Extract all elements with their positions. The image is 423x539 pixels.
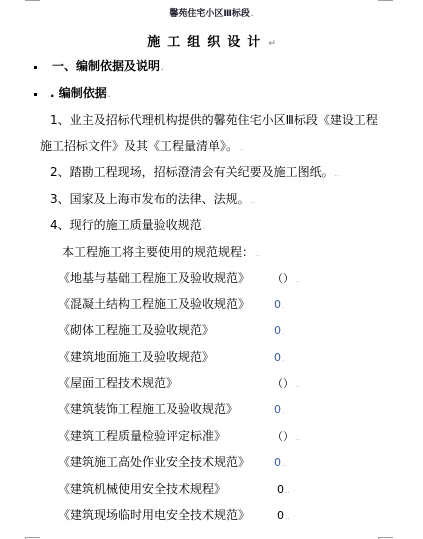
paragraph-mark-icon: .. (295, 276, 299, 284)
standard-code: （）.. (272, 273, 299, 284)
standard-code-text: （） (272, 430, 294, 443)
standards-intro-text: 本工程施工将主要使用的规范规程： (62, 245, 254, 259)
standard-name: 《建筑地面施工及验收规范》 (58, 350, 214, 364)
standard-item: 《砌体工程施工及验收规范》 (58, 324, 214, 336)
paragraph-mark-icon: .. (285, 513, 289, 521)
standard-code-text: 0 (274, 298, 281, 311)
standard-item: 《地基与基础工程施工及验收规范》 (58, 272, 250, 284)
paragraph-mark-icon: . (282, 302, 284, 310)
basis-item-2: 2、踏勘工程现场，招标澄清会有关纪要及施工图纸。.. (50, 166, 339, 178)
basis-item-number: 3、 (50, 192, 70, 206)
paragraph-mark-icon: . (282, 355, 284, 363)
paragraph-mark-icon: . (282, 328, 284, 336)
basis-item-text: 业主及招标代理机构提供的馨苑住宅小区Ⅲ标段《建设工程 (70, 113, 378, 127)
standard-code-text: 0 (274, 324, 281, 337)
standard-code-text: 0 (277, 509, 284, 522)
standard-code: （）.. (272, 431, 299, 442)
paragraph-mark-icon: .. (239, 144, 243, 152)
standard-item: 《建筑机械使用安全技术规程》 (58, 483, 226, 495)
basis-item-number: 4、 (50, 218, 70, 232)
page-corner-mark-top-left (25, 0, 40, 1)
bullet-icon (34, 66, 37, 69)
paragraph-mark-icon: .. (282, 460, 286, 468)
paragraph-mark-icon: . (203, 223, 205, 231)
basis-item-number: 2、 (50, 165, 70, 179)
paragraph-mark-icon: .. (255, 250, 259, 258)
standard-code: （）.. (272, 378, 299, 389)
standard-name: 《混凝土结构工程施工及验收规范》 (58, 297, 250, 311)
section-heading: 一、编制依据及说明. (52, 60, 164, 72)
standard-code: 0. (274, 404, 284, 415)
page-header: 馨苑住宅小区Ⅲ标段. (0, 10, 423, 19)
standard-name: 《地基与基础工程施工及验收规范》 (58, 271, 250, 285)
standard-item: 《建筑装饰工程施工及验收规范》 (58, 403, 238, 415)
standard-name: 《建筑工程质量检验评定标准》 (58, 429, 226, 443)
paragraph-mark-icon: . (108, 91, 111, 99)
standard-name: 《屋面工程技术规范》 (58, 376, 178, 390)
standard-code: 0.. (277, 510, 289, 521)
page-corner-mark-bottom-right (378, 537, 393, 538)
basis-item-text: 施工招标文件》及其《工程量清单》。 (40, 139, 238, 153)
standard-item: 《建筑地面施工及验收规范》 (58, 351, 214, 363)
paragraph-mark-icon: .. (335, 170, 339, 178)
document-title-text: 施工组织设计 (147, 35, 267, 50)
standard-code-text: 0 (274, 403, 281, 416)
basis-item-text: 国家及上海市发布的法律、法规。 (70, 192, 250, 206)
bullet-icon (34, 93, 37, 96)
standard-code-text: （） (272, 272, 294, 285)
basis-item-text: 现行的施工质量验收规范 (70, 218, 202, 232)
standard-name: 《建筑机械使用安全技术规程》 (58, 482, 226, 496)
standard-name: 《建筑施工高处作业安全技术规范》 (58, 455, 250, 469)
paragraph-mark-icon: . (161, 64, 164, 72)
basis-item-4: 4、现行的施工质量验收规范. (50, 219, 205, 231)
standard-code: 0. (274, 352, 284, 363)
standard-item: 《建筑现场临时用电安全技术规范》 (58, 509, 250, 521)
standard-item: 《建筑工程质量检验评定标准》 (58, 430, 226, 442)
standard-code: 0.. (274, 457, 286, 468)
standard-name: 《建筑装饰工程施工及验收规范》 (58, 402, 238, 416)
page-corner-mark-top-right (378, 0, 393, 1)
standard-item: 《屋面工程技术规范》 (58, 377, 178, 389)
standard-item: 《混凝土结构工程施工及验收规范》 (58, 298, 250, 310)
page-header-text: 馨苑住宅小区Ⅲ标段 (169, 9, 250, 19)
section-heading-text: 一、编制依据及说明 (52, 59, 160, 73)
basis-item-1-continuation: 施工招标文件》及其《工程量清单》。.. (40, 140, 243, 152)
standard-item: 《建筑施工高处作业安全技术规范》 (58, 456, 250, 468)
standard-name: 《建筑现场临时用电安全技术规范》 (58, 508, 250, 522)
standard-code: 0. (274, 325, 284, 336)
paragraph-mark-icon: . (282, 407, 284, 415)
basis-item-1: 1、业主及招标代理机构提供的馨苑住宅小区Ⅲ标段《建设工程 (50, 114, 378, 126)
paragraph-mark-icon: .. (295, 381, 299, 389)
paragraph-mark-icon: ↵ (268, 39, 276, 49)
subsection-heading: . 编制依据. (50, 87, 110, 99)
paragraph-mark-icon: . (251, 10, 254, 18)
standards-intro: 本工程施工将主要使用的规范规程：.. (62, 246, 259, 258)
paragraph-mark-icon: .. (285, 487, 289, 495)
subsection-heading-text: . 编制依据 (50, 86, 107, 100)
standard-name: 《砌体工程施工及验收规范》 (58, 323, 214, 337)
basis-item-text: 踏勘工程现场，招标澄清会有关纪要及施工图纸。 (70, 165, 334, 179)
page-corner-mark-bottom-left (25, 537, 40, 538)
basis-item-number: 1、 (50, 113, 70, 127)
standard-code-text: 0 (274, 351, 281, 364)
standard-code-text: 0 (277, 483, 284, 496)
document-title: 施工组织设计↵ (0, 36, 423, 49)
paragraph-mark-icon: .. (295, 434, 299, 442)
standard-code-text: 0 (274, 456, 281, 469)
standard-code: 0.. (277, 484, 289, 495)
standard-code: 0. (274, 299, 284, 310)
basis-item-3: 3、国家及上海市发布的法律、法规。.. (50, 193, 255, 205)
standard-code-text: （） (272, 377, 294, 390)
paragraph-mark-icon: .. (251, 197, 255, 205)
